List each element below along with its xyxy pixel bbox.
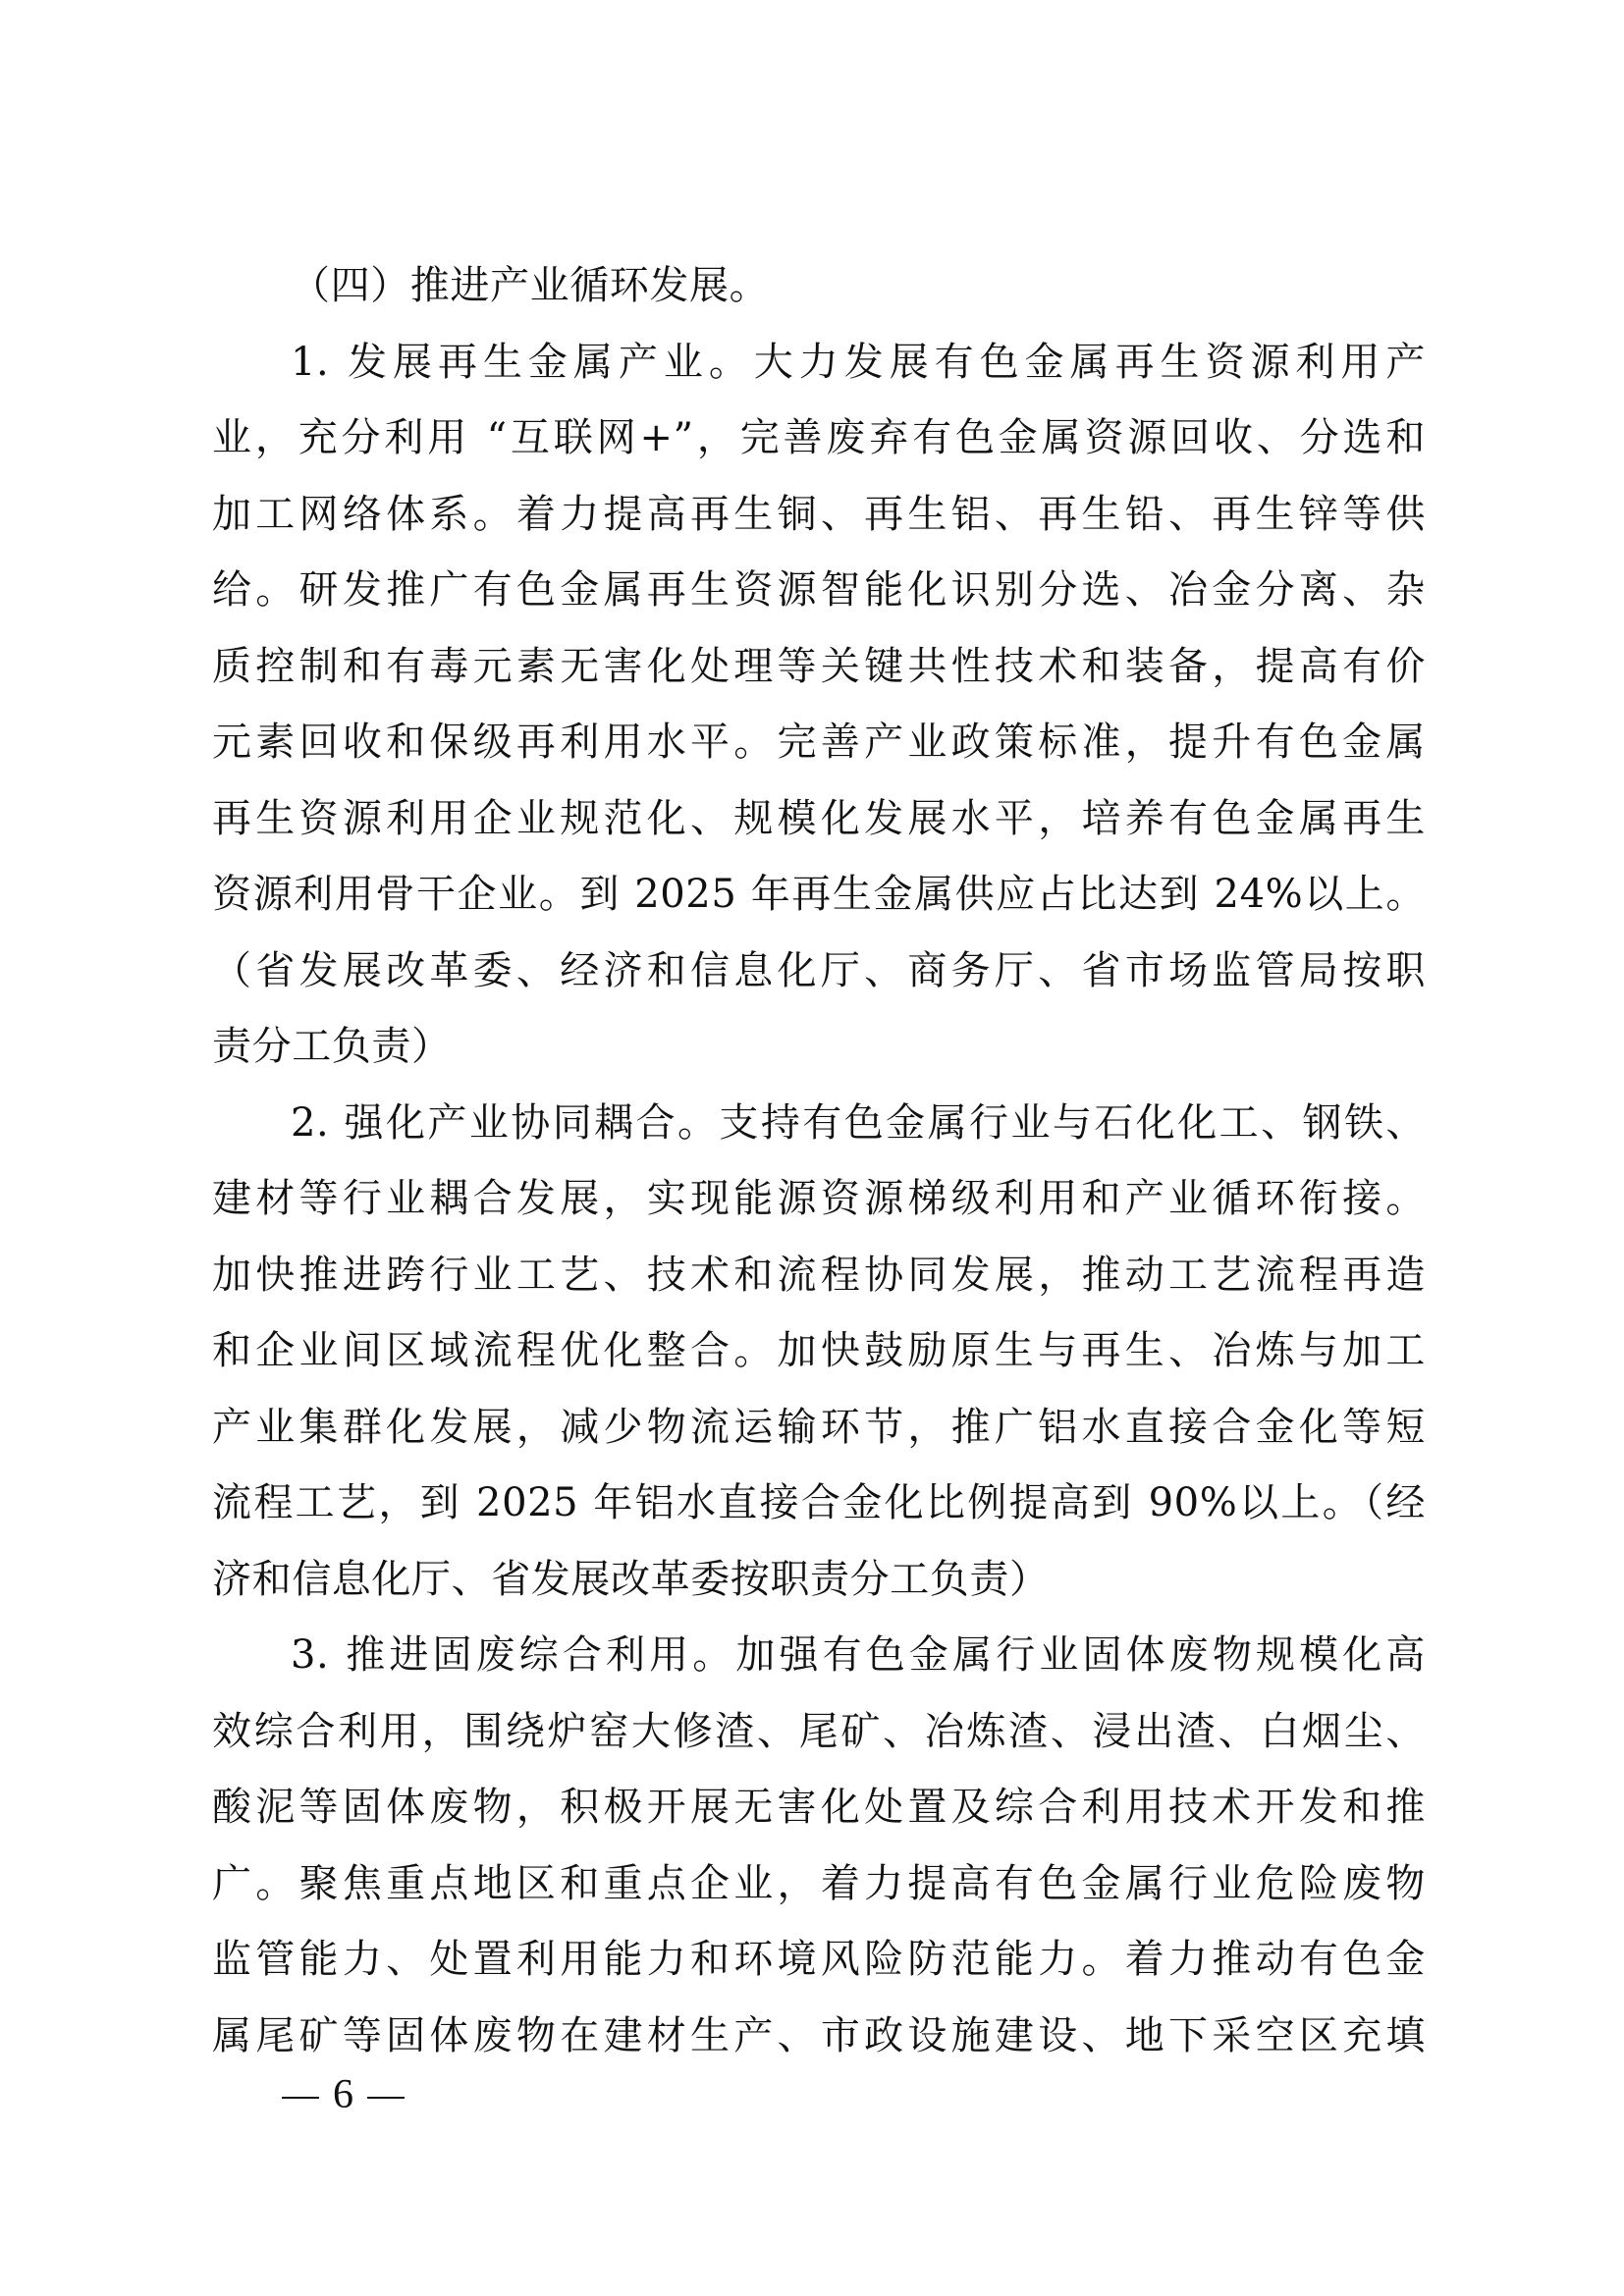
paragraph-line: 2. 强化产业协同耦合。支持有色金属行业与石化化工、钢铁、 (212, 1086, 1426, 1162)
paragraph-line: 业，充分利用 “互联网+”，完善废弃有色金属资源回收、分选和 (212, 400, 1426, 477)
document-body: （四）推进产业循环发展。 1. 发展再生金属产业。大力发展有色金属再生资源利用产… (212, 248, 1426, 2074)
paragraph-line: 建材等行业耦合发展，实现能源资源梯级利用和产业循环衔接。 (212, 1161, 1426, 1238)
paragraph-line: 属尾矿等固体废物在建材生产、市政设施建设、地下采空区充填 (212, 1999, 1426, 2075)
paragraph-line: 元素回收和保级再利用水平。完善产业政策标准，提升有色金属 (212, 705, 1426, 781)
paragraph-line: 资源利用骨干企业。到 2025 年再生金属供应占比达到 24%以上。 (212, 857, 1426, 934)
paragraph-line: 再生资源利用企业规范化、规模化发展水平，培养有色金属再生 (212, 781, 1426, 858)
paragraph-line: 和企业间区域流程优化整合。加快鼓励原生与再生、冶炼与加工 (212, 1313, 1426, 1390)
section-heading: （四）推进产业循环发展。 (212, 248, 1426, 325)
page-number: 6 (268, 2071, 418, 2118)
paragraph-line: 责分工负责） (212, 1009, 1426, 1086)
dash-left (282, 2097, 319, 2099)
item-3-paragraph: 3. 推进固废综合利用。加强有色金属行业固体废物规模化高 效综合利用，围绕炉窑大… (212, 1618, 1426, 2074)
paragraph-line: 酸泥等固体废物，积极开展无害化处置及综合利用技术开发和推 (212, 1770, 1426, 1846)
paragraph-line: 效综合利用，围绕炉窑大修渣、尾矿、冶炼渣、浸出渣、白烟尘、 (212, 1694, 1426, 1771)
paragraph-line: 1. 发展再生金属产业。大力发展有色金属再生资源利用产 (212, 325, 1426, 401)
paragraph-line: 监管能力、处置利用能力和环境风险防范能力。着力推动有色金 (212, 1922, 1426, 1999)
paragraph-line: 给。研发推广有色金属再生资源智能化识别分选、冶金分离、杂 (212, 553, 1426, 629)
paragraph-line: 产业集群化发展，减少物流运输环节，推广铝水直接合金化等短 (212, 1390, 1426, 1467)
item-2-paragraph: 2. 强化产业协同耦合。支持有色金属行业与石化化工、钢铁、 建材等行业耦合发展，… (212, 1086, 1426, 1619)
paragraph-line: 质控制和有毒元素无害化处理等关键共性技术和装备，提高有价 (212, 629, 1426, 706)
page-number-value: 6 (333, 2072, 353, 2117)
paragraph-line: 济和信息化厅、省发展改革委按职责分工负责） (212, 1542, 1426, 1619)
paragraph-line: 加快推进跨行业工艺、技术和流程协同发展，推动工艺流程再造 (212, 1238, 1426, 1314)
item-1-paragraph: 1. 发展再生金属产业。大力发展有色金属再生资源利用产 业，充分利用 “互联网+… (212, 325, 1426, 1086)
paragraph-line: （省发展改革委、经济和信息化厅、商务厅、省市场监管局按职 (212, 934, 1426, 1010)
dash-right (367, 2097, 405, 2099)
paragraph-line: 加工网络体系。着力提高再生铜、再生铝、再生铅、再生锌等供 (212, 477, 1426, 554)
paragraph-line: 3. 推进固废综合利用。加强有色金属行业固体废物规模化高 (212, 1618, 1426, 1694)
paragraph-line: 流程工艺，到 2025 年铝水直接合金化比例提高到 90%以上。（经 (212, 1466, 1426, 1542)
paragraph-line: 广。聚焦重点地区和重点企业，着力提高有色金属行业危险废物 (212, 1846, 1426, 1923)
